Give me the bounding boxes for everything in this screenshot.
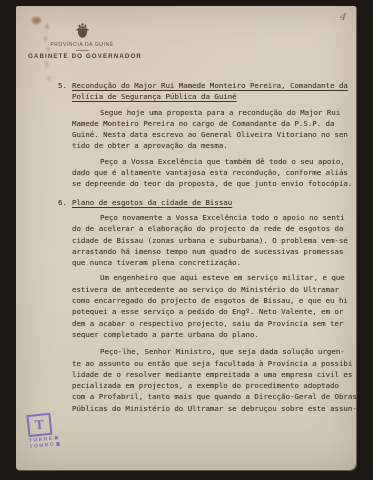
text-line: Mamede Monteiro Pereira no cargo de Coma… — [58, 118, 356, 129]
letterhead-province: PROVÍNCIA DA GUINÉ — [28, 42, 136, 48]
text-line: se depreende do teor da proposta, de que… — [58, 178, 356, 189]
stamp-square-glyph — [54, 436, 58, 440]
handwritten-page-number: 4 — [339, 11, 348, 23]
stain — [47, 76, 51, 81]
paragraph: Um engenheiro que aqui esteve em serviço… — [58, 272, 356, 340]
heading-line: Polícia de Segurança Pública da Guiné — [72, 91, 356, 102]
text-line: com a Profabril, tanto mais que quando a… — [58, 391, 356, 402]
text-line: do de acelerar a elaboração do projecto … — [58, 223, 356, 234]
text-line: Segue hoje uma proposta para a reconduçã… — [58, 107, 356, 118]
section-number: 5. — [58, 80, 67, 91]
document-page: PROVÍNCIA DA GUINÉ GABINETE DO GOVERNADO… — [16, 6, 356, 470]
text-line: Peço a Vossa Excelência que também dê to… — [58, 156, 356, 167]
text-line: Peço novamente a Vossa Excelência todo o… — [58, 212, 356, 223]
text-line: como encarregado do projecto de esgotos … — [58, 295, 356, 306]
stamp-square-glyph — [56, 442, 60, 446]
heading-line: Plano de esgotos da cidade de Bissau — [72, 197, 356, 208]
heading-line: Recondução do Major Rui Mamede Monteiro … — [72, 80, 356, 91]
section-heading: 5. Recondução do Major Rui Mamede Montei… — [58, 80, 356, 103]
text-line: Peço-lhe, Senhor Ministro, que seja dada… — [58, 346, 356, 357]
text-line: Públicas do Ministério do Ultramar se de… — [58, 403, 356, 414]
text-line: estivera de antecedente ao serviço do Mi… — [58, 284, 356, 295]
stamp-letter: T — [26, 413, 52, 437]
stamp-word: TOMBO — [29, 442, 55, 450]
torre-do-tombo-stamp: T TORRE TOMBO — [26, 409, 89, 450]
scanned-document-photo: { "page_number": "4", "letterhead": { "p… — [0, 0, 373, 480]
section-6: 6. Plano de esgotos da cidade de Bissau … — [58, 197, 356, 414]
text-line: potequei a esse serviço a pedido do Engº… — [58, 306, 356, 317]
coat-of-arms-icon — [75, 22, 90, 39]
stain — [44, 36, 47, 42]
section-number: 6. — [58, 197, 67, 208]
text-line: Guiné. Nesta data escrevo ao General Oli… — [58, 129, 356, 140]
typed-text: 5. Recondução do Major Rui Mamede Montei… — [58, 80, 356, 421]
paragraph: Segue hoje uma proposta para a reconduçã… — [58, 107, 356, 152]
text-line: lidade de o resolver mediante empreitada… — [58, 369, 356, 380]
text-line: tido de obter a aprovação da mesma. — [58, 140, 356, 151]
stain — [32, 17, 41, 24]
section-heading: 6. Plano de esgotos da cidade de Bissau — [58, 197, 356, 208]
stain — [45, 24, 49, 29]
paragraph: Peço a Vossa Excelência que também dê to… — [58, 156, 356, 190]
text-line: que nunca tiveram plena concretização. — [58, 257, 356, 268]
text-line: Um engenheiro que aqui esteve em serviço… — [58, 272, 356, 283]
paragraph: Peço novamente a Vossa Excelência todo o… — [58, 212, 356, 268]
letterhead-divider — [76, 50, 89, 51]
letterhead-office: GABINETE DO GOVERNADOR — [28, 53, 136, 60]
text-line: dem a acabar o respectivo projecto, saiu… — [58, 318, 356, 329]
text-line: arrastando há imenso tempo num quadro de… — [58, 246, 356, 257]
text-line: cidade de Bissau (zonas urbana e suburba… — [58, 235, 356, 246]
text-line: sequer completado a parte urbana do plan… — [58, 329, 356, 340]
text-line: pecializada em projectos, a exemplo do p… — [58, 380, 356, 391]
text-line: te ao assunto ou então que seja facultad… — [58, 358, 356, 369]
stain — [46, 47, 50, 51]
text-line: dado que é altamente vantajosa esta reco… — [58, 167, 356, 178]
section-5: 5. Recondução do Major Rui Mamede Montei… — [58, 80, 356, 190]
stain — [45, 61, 48, 68]
paragraph: Peço-lhe, Senhor Ministro, que seja dada… — [58, 346, 356, 414]
